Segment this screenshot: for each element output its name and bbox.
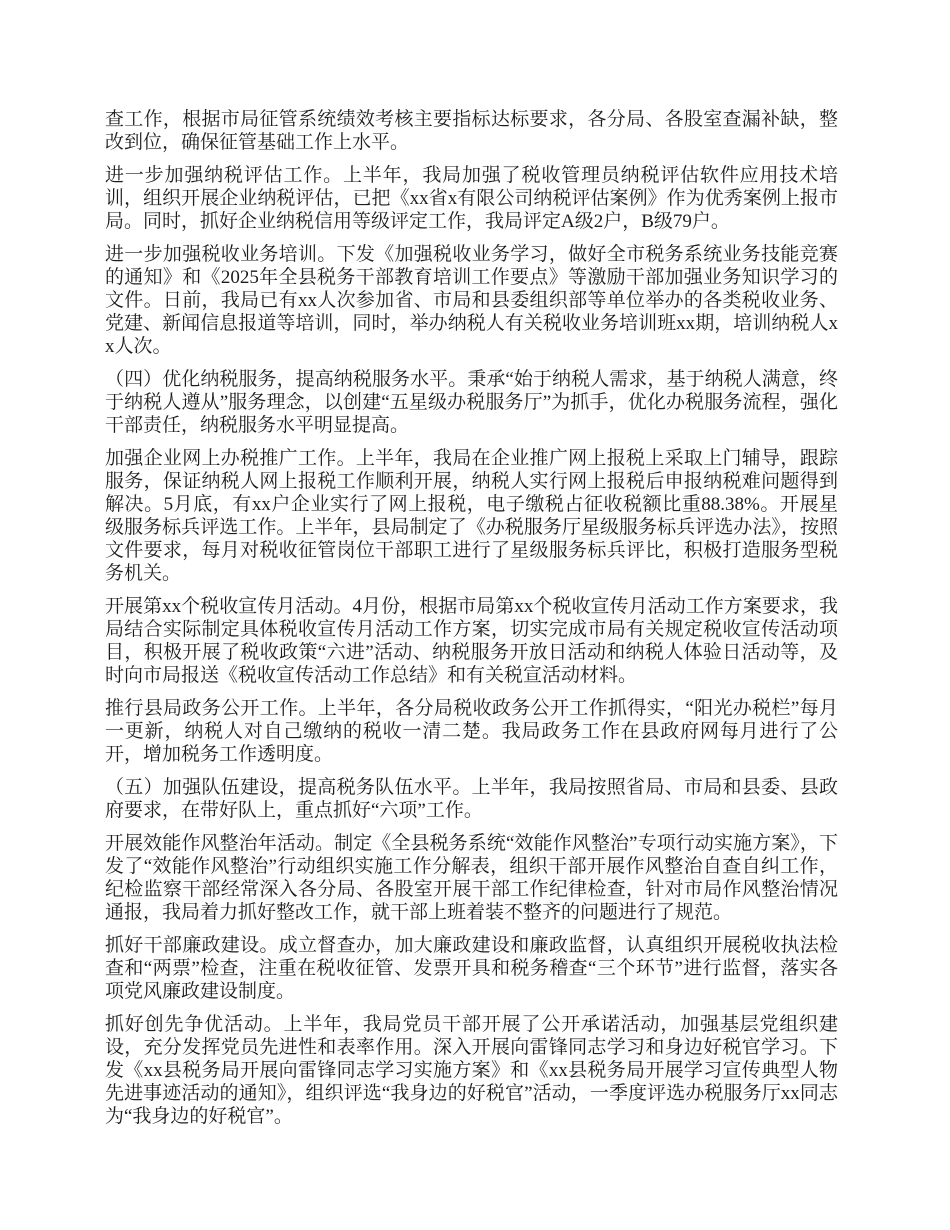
body-paragraph-6: 开展第xx个税收宣传月活动。4月份，根据市局第xx个税收宣传月活动工作方案要求，… — [105, 595, 838, 687]
section-heading-paragraph-4: （四）优化纳税服务，提高纳税服务水平。秉承“始于纳税人需求，基于纳税人满意，终于… — [105, 368, 838, 437]
body-paragraph-2: 进一步加强纳税评估工作。上半年，我局加强了税收管理员纳税评估软件应用技术培训，组… — [105, 164, 838, 233]
body-paragraph-7: 推行县局政务公开工作。上半年，各分局税收政务公开工作抓得实，“阳光办税栏”每月一… — [105, 697, 838, 766]
body-paragraph-1: 查工作，根据市局征管系统绩效考核主要指标达标要求，各分局、各股室查漏补缺，整改到… — [105, 108, 838, 154]
section-heading-paragraph-8: （五）加强队伍建设，提高税务队伍水平。上半年，我局按照省局、市局和县委、县政府要… — [105, 776, 838, 822]
body-paragraph-10: 抓好干部廉政建设。成立督查办，加大廉政建设和廉政监督，认真组织开展税收执法检查和… — [105, 934, 838, 1003]
body-paragraph-9: 开展效能作风整治年活动。制定《全县税务系统“效能作风整治”专项行动实施方案》，下… — [105, 832, 838, 924]
body-paragraph-3: 进一步加强税收业务培训。下发《加强税收业务学习，做好全市税务系统业务技能竞赛的通… — [105, 243, 838, 358]
body-paragraph-5: 加强企业网上办税推广工作。上半年，我局在企业推广网上报税上采取上门辅导，跟踪服务… — [105, 447, 838, 585]
body-paragraph-11: 抓好创先争优活动。上半年，我局党员干部开展了公开承诺活动，加强基层党组织建设，充… — [105, 1013, 838, 1128]
document-page: 查工作，根据市局征管系统绩效考核主要指标达标要求，各分局、各股室查漏补缺，整改到… — [0, 0, 950, 1230]
